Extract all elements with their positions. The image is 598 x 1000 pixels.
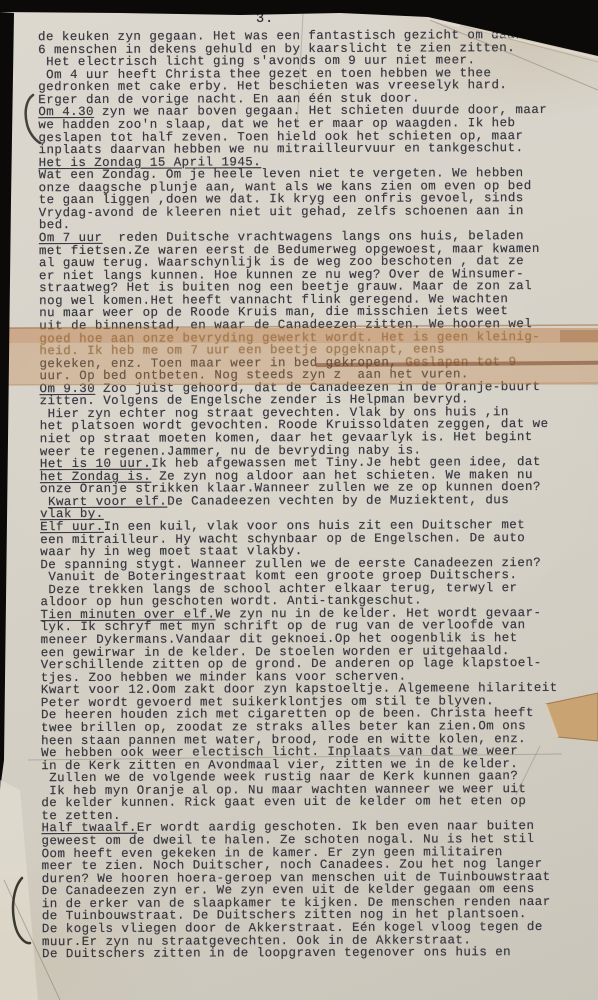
text-line: de kelder kunnen. Rick gaat even uit de … [41,795,581,810]
text-line: Vrydag-avond de kleeren niet uit gehad, … [39,205,579,220]
typewritten-text: de keuken zyn gegaan. Het was een fantas… [38,29,582,961]
text-line: Kwart voor elf.De Canadeezen vechten by … [40,494,580,509]
text-line: De Duitschers zitten in de loopgraven te… [42,946,582,961]
photo-background: 3. de keuken zyn gegaan. Het was een fan… [0,0,598,1000]
page-number: 3. [256,12,274,27]
